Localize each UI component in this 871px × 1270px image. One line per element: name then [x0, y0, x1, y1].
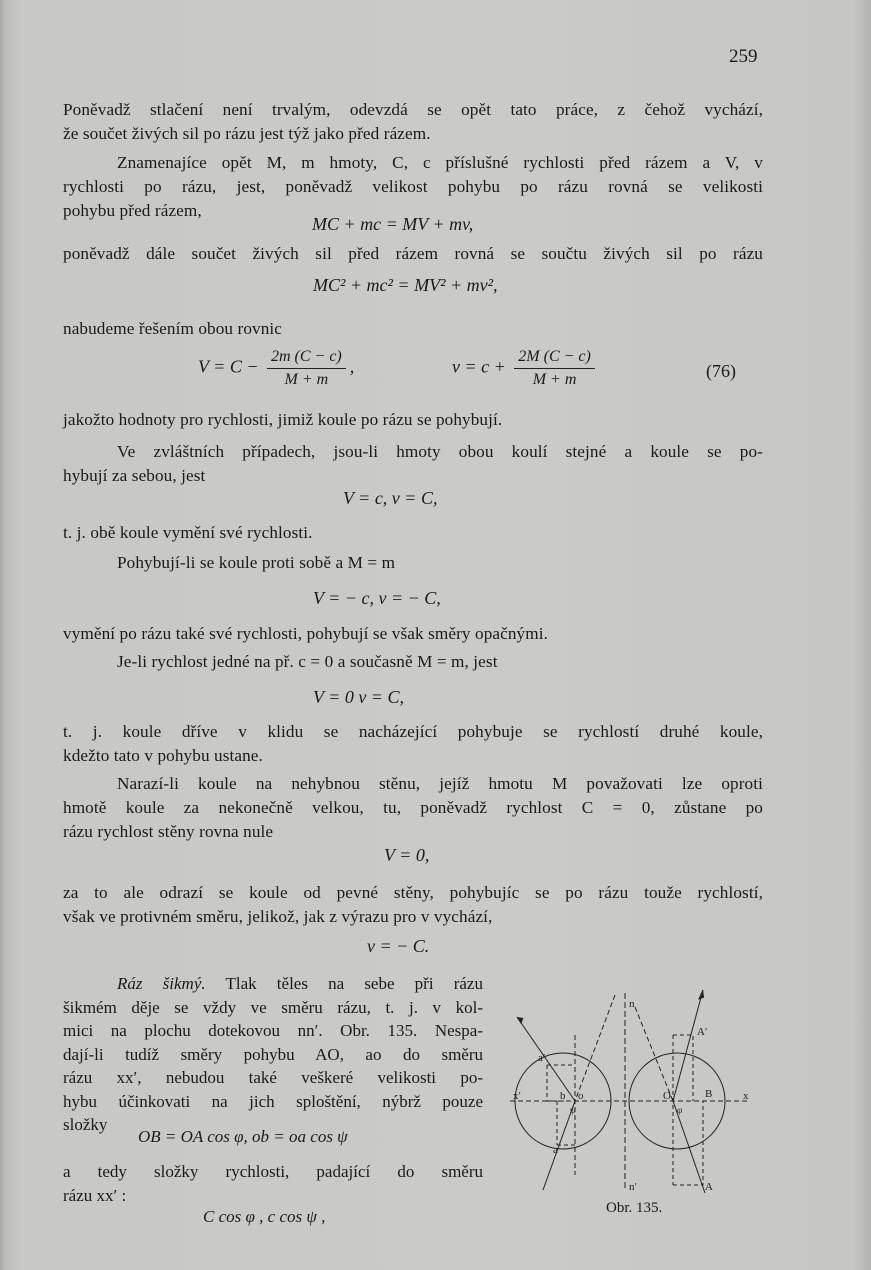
text-line: a tedy složky rychlosti, padající do smě…	[63, 1160, 483, 1184]
equation-energy: MC² + mc² = MV² + mv²,	[313, 275, 498, 296]
oblique-impact-paragraph: Ráz šikmý. Tlak těles na sebe při rázu š…	[63, 972, 483, 1137]
eq-lhs: v = c +	[452, 357, 506, 377]
text-line: Narazí-li koule na nehybnou stěnu, jejíž…	[117, 774, 763, 794]
section-heading: Ráz šikmý.	[117, 974, 206, 993]
label-phi: φ	[677, 1105, 682, 1115]
label-psi: ψ	[570, 1105, 576, 1115]
text-line: Pohybují-li se koule proti sobě a M = m	[117, 553, 763, 573]
text-line: nabudeme řešením obou rovnic	[63, 319, 763, 339]
equation-velocities: C cos φ , c cos ψ ,	[203, 1207, 325, 1227]
label-a: a	[553, 1144, 558, 1156]
velocity-ao	[517, 1017, 575, 1101]
fraction: 2M (C − c) M + m	[514, 348, 595, 389]
text-line: šikmém děje se vždy ve směru rázu, t. j.…	[63, 996, 483, 1020]
text-line: jakožto hodnoty pro rychlosti, jimiž kou…	[63, 410, 763, 430]
text-line: hybují za sebou, jest	[63, 466, 763, 486]
label-n-prime: n′	[629, 1181, 637, 1193]
text-line: mici na plochu dotekovou nn′. Obr. 135. …	[63, 1019, 483, 1043]
equation-solution-V: V = C − 2m (C − c) M + m ,	[198, 348, 354, 389]
equation-wall-v: v = − C.	[367, 936, 429, 957]
text-line: však ve protivném směru, jelikož, jak z …	[63, 907, 763, 927]
equation-number: (76)	[706, 361, 736, 382]
equation-momentum: MC + mc = MV + mv,	[312, 214, 473, 235]
equation-wall-V: V = 0,	[384, 845, 429, 866]
text-line: Ve zvláštních případech, jsou-li hmoty o…	[117, 442, 763, 462]
text-line: t. j. koule dříve v klidu se nacházející…	[63, 722, 763, 742]
label-o: o	[578, 1090, 584, 1102]
text: Tlak těles na sebe při rázu	[225, 974, 483, 993]
equation-swap: V = c, v = C,	[343, 488, 437, 509]
text-line: vymění po rázu také své rychlosti, pohyb…	[63, 624, 763, 644]
oblique-impact-paragraph-2: a tedy složky rychlosti, padající do smě…	[63, 1160, 483, 1207]
figure-caption: Obr. 135.	[606, 1200, 662, 1217]
text-line: poněvadž dále součet živých sil před ráz…	[63, 244, 763, 264]
numerator: 2M (C − c)	[514, 348, 595, 369]
text-line: kdežto tato v pohybu ustane.	[63, 746, 763, 766]
label-n: n	[629, 998, 635, 1010]
text-line: rázu xx′, nebudou také veškeré velikosti…	[63, 1066, 483, 1090]
eq-lhs: V = C −	[198, 357, 258, 377]
label-a-prime: a′	[538, 1052, 545, 1064]
text-line: dají-li tudíž směry pohybu AO, ao do smě…	[63, 1043, 483, 1067]
label-x-prime: x′	[513, 1090, 521, 1102]
text-line: hmotě koule za nekonečně velkou, tu, pon…	[63, 798, 763, 818]
equation-opposite: V = − c, v = − C,	[313, 588, 441, 609]
text-line: rázu rychlost stěny rovna nule	[63, 822, 763, 842]
text-line: t. j. obě koule vymění své rychlosti.	[63, 523, 763, 543]
text-line: Je-li rychlost jedné na př. c = 0 a souč…	[117, 652, 763, 672]
equation-solution-v: v = c + 2M (C − c) M + m	[452, 348, 599, 389]
text-line: rázu xx′ :	[63, 1184, 483, 1208]
denominator: M + m	[514, 369, 595, 389]
label-b: b	[560, 1090, 566, 1102]
text-line: že součet živých sil po rázu jest týž ja…	[63, 124, 763, 144]
label-O: O	[663, 1090, 671, 1102]
label-A-prime: A′	[697, 1026, 707, 1038]
velocity-OA	[673, 990, 703, 1101]
fraction: 2m (C − c) M + m	[267, 348, 346, 389]
text-line: rychlosti po rázu, jest, poněvadž veliko…	[63, 177, 763, 197]
label-B: B	[705, 1088, 712, 1100]
text-line: hybu účinkovati na jich sploštění, nýbrž…	[63, 1090, 483, 1114]
denominator: M + m	[267, 369, 346, 389]
label-A: A	[705, 1181, 713, 1193]
page-number: 259	[729, 46, 758, 68]
numerator: 2m (C − c)	[267, 348, 346, 369]
label-x: x	[743, 1090, 749, 1102]
text-line: Poněvadž stlačení není trvalým, odevzdá …	[63, 100, 763, 120]
equation-rest: V = 0 v = C,	[313, 687, 404, 708]
equation-components: OB = OA cos φ, ob = oa cos ψ	[138, 1127, 348, 1147]
text-line: Ráz šikmý. Tlak těles na sebe při rázu	[63, 972, 483, 996]
text-line: za to ale odrazí se koule od pevné stěny…	[63, 883, 763, 903]
text-line: Znamenajíce opět M, m hmoty, C, c příslu…	[117, 153, 763, 173]
figure-oblique-impact: n n′ x′ x a′ a b o ψ O φ B A′ A	[505, 985, 775, 1215]
